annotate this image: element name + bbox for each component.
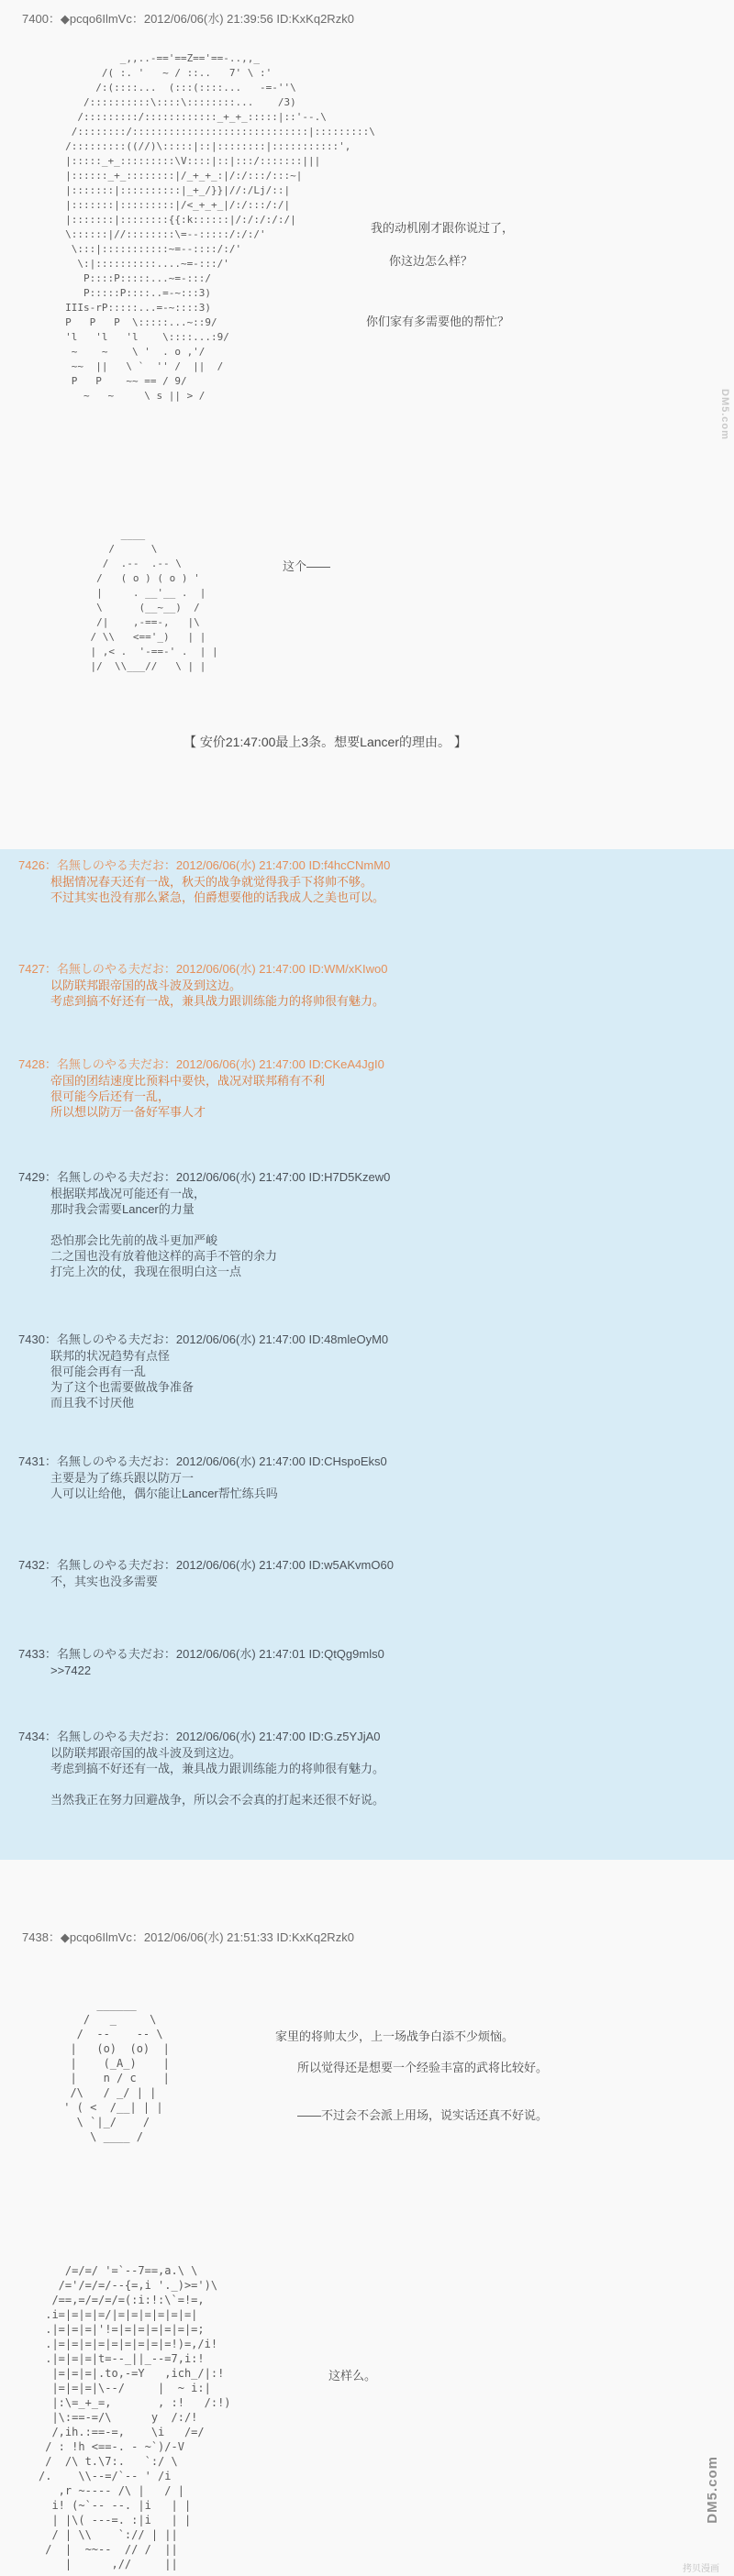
- speech-line-this: 这个——: [283, 557, 330, 574]
- reply-anchor-link[interactable]: >>7422: [50, 1663, 716, 1678]
- reply-body: 联邦的状况趋势有点怪 很可能会再有一乱 为了这个也需要做战争准备 而且我不讨厌他: [50, 1348, 716, 1410]
- reply-body: 帝国的团结速度比预料中要快，战况对联邦稍有不利 很可能今后还有一乱， 所以想以防…: [50, 1073, 716, 1120]
- speech-line-isthatso: 这样么。: [328, 2366, 376, 2383]
- reply-header: 7428：名無しのやる夫だお：2012/06/06(水) 21:47:00 ID…: [18, 1056, 716, 1072]
- post-7438-header: 7438：◆pcqo6IlmVc：2012/06/06(水) 21:51:33 …: [22, 1928, 354, 1945]
- reply-header: 7434：名無しのやる夫だお：2012/06/06(水) 21:47:00 ID…: [18, 1729, 716, 1744]
- reply-header: 7427：名無しのやる夫だお：2012/06/06(水) 21:47:00 ID…: [18, 961, 716, 977]
- reply-header: 7426：名無しのやる夫だお：2012/06/06(水) 21:47:00 ID…: [18, 857, 716, 873]
- reply-post-7429: 7429：名無しのやる夫だお：2012/06/06(水) 21:47:00 ID…: [18, 1169, 716, 1279]
- reply-header: 7431：名無しのやる夫だお：2012/06/06(水) 21:47:00 ID…: [18, 1454, 716, 1469]
- anchor-instruction: 【 安价21:47:00最上3条。想要Lancer的理由。 】: [183, 733, 467, 751]
- reply-body: 根据情况春天还有一战，秋天的战争就觉得我手下将帅不够。 不过其实也没有那么紧急，…: [50, 874, 716, 905]
- speech-line-yourside: 你这边怎么样？: [389, 251, 473, 269]
- reply-header: 7430：名無しのやる夫だお：2012/06/06(水) 21:47:00 ID…: [18, 1332, 716, 1347]
- reply-header: 7429：名無しのやる夫だお：2012/06/06(水) 21:47:00 ID…: [18, 1169, 716, 1185]
- reply-body: 以防联邦跟帝国的战斗波及到这边。 考虑到搞不好还有一战，兼具战力跟训练能力的将帅…: [50, 1745, 716, 1808]
- reply-post-7430: 7430：名無しのやる夫だお：2012/06/06(水) 21:47:00 ID…: [18, 1332, 716, 1410]
- reply-body: 根据联邦战况可能还有一战， 那时我会需要Lancer的力量 恐怕那会比先前的战斗…: [50, 1186, 716, 1279]
- ascii-art-oldman-face: _,,..-=='==Z=='==-..,,_ /( :. ' ~ / ::..…: [35, 51, 375, 404]
- speech-line-fewgenerals: 家里的将帅太少，上一场战争白添不少烦恼。: [275, 2027, 514, 2044]
- reply-post-7431: 7431：名無しのやる夫だお：2012/06/06(水) 21:47:00 ID…: [18, 1454, 716, 1501]
- ascii-art-longhair-figure: /=/=/ '=`--7==,a.\ \ /='/=/=/--{=,i '._)…: [39, 2263, 231, 2571]
- reply-post-7434: 7434：名無しのやる夫だお：2012/06/06(水) 21:47:00 ID…: [18, 1729, 716, 1808]
- speech-line-notsure: ——不过会不会派上用场，说实话还真不好说。: [297, 2106, 548, 2123]
- reply-header: 7433：名無しのやる夫だお：2012/06/06(水) 21:47:01 ID…: [18, 1646, 716, 1662]
- reply-post-7427: 7427：名無しのやる夫だお：2012/06/06(水) 21:47:00 ID…: [18, 961, 716, 1009]
- ascii-art-small-face: ____ / \ / .-- .-- \ / ( o ) ( o ) ' | .…: [66, 527, 218, 674]
- speech-line-motive: 我的动机刚才跟你说过了，: [371, 218, 514, 236]
- reply-body: 不，其实也没多需要: [50, 1574, 716, 1589]
- reply-post-7433: 7433：名無しのやる夫だお：2012/06/06(水) 21:47:01 ID…: [18, 1646, 716, 1678]
- reply-body: 主要是为了练兵跟以防万一 人可以让给他，偶尔能让Lancer帮忙练兵吗: [50, 1470, 716, 1501]
- reply-header: 7432：名無しのやる夫だお：2012/06/06(水) 21:47:00 ID…: [18, 1557, 716, 1573]
- dm5-watermark-side: DM5.com: [719, 389, 730, 440]
- reply-post-7428: 7428：名無しのやる夫だお：2012/06/06(水) 21:47:00 ID…: [18, 1056, 716, 1120]
- site-caption: 拷贝漫画: [683, 2560, 719, 2574]
- reply-post-7426: 7426：名無しのやる夫だお：2012/06/06(水) 21:47:00 ID…: [18, 857, 716, 905]
- speech-line-wantveteran: 所以觉得还是想要一个经验丰富的武将比较好。: [297, 2058, 548, 2075]
- thread-page: 7400：◆pcqo6IlmVc：2012/06/06(水) 21:39:56 …: [0, 0, 734, 2576]
- post-7400-header: 7400：◆pcqo6IlmVc：2012/06/06(水) 21:39:56 …: [22, 9, 354, 27]
- speech-line-howmuch: 你们家有多需要他的帮忙？: [366, 312, 509, 329]
- reply-body: 以防联邦跟帝国的战斗波及到这边。 考虑到搞不好还有一战，兼具战力跟训练能力的将帅…: [50, 978, 716, 1009]
- dm5-watermark-bottom: DM5.com: [705, 2456, 720, 2524]
- ascii-art-oyaji-face: ______ / _ \ / -- -- \ | (o) (o) | | (_A…: [57, 1997, 170, 2144]
- reply-post-7432: 7432：名無しのやる夫だお：2012/06/06(水) 21:47:00 ID…: [18, 1557, 716, 1589]
